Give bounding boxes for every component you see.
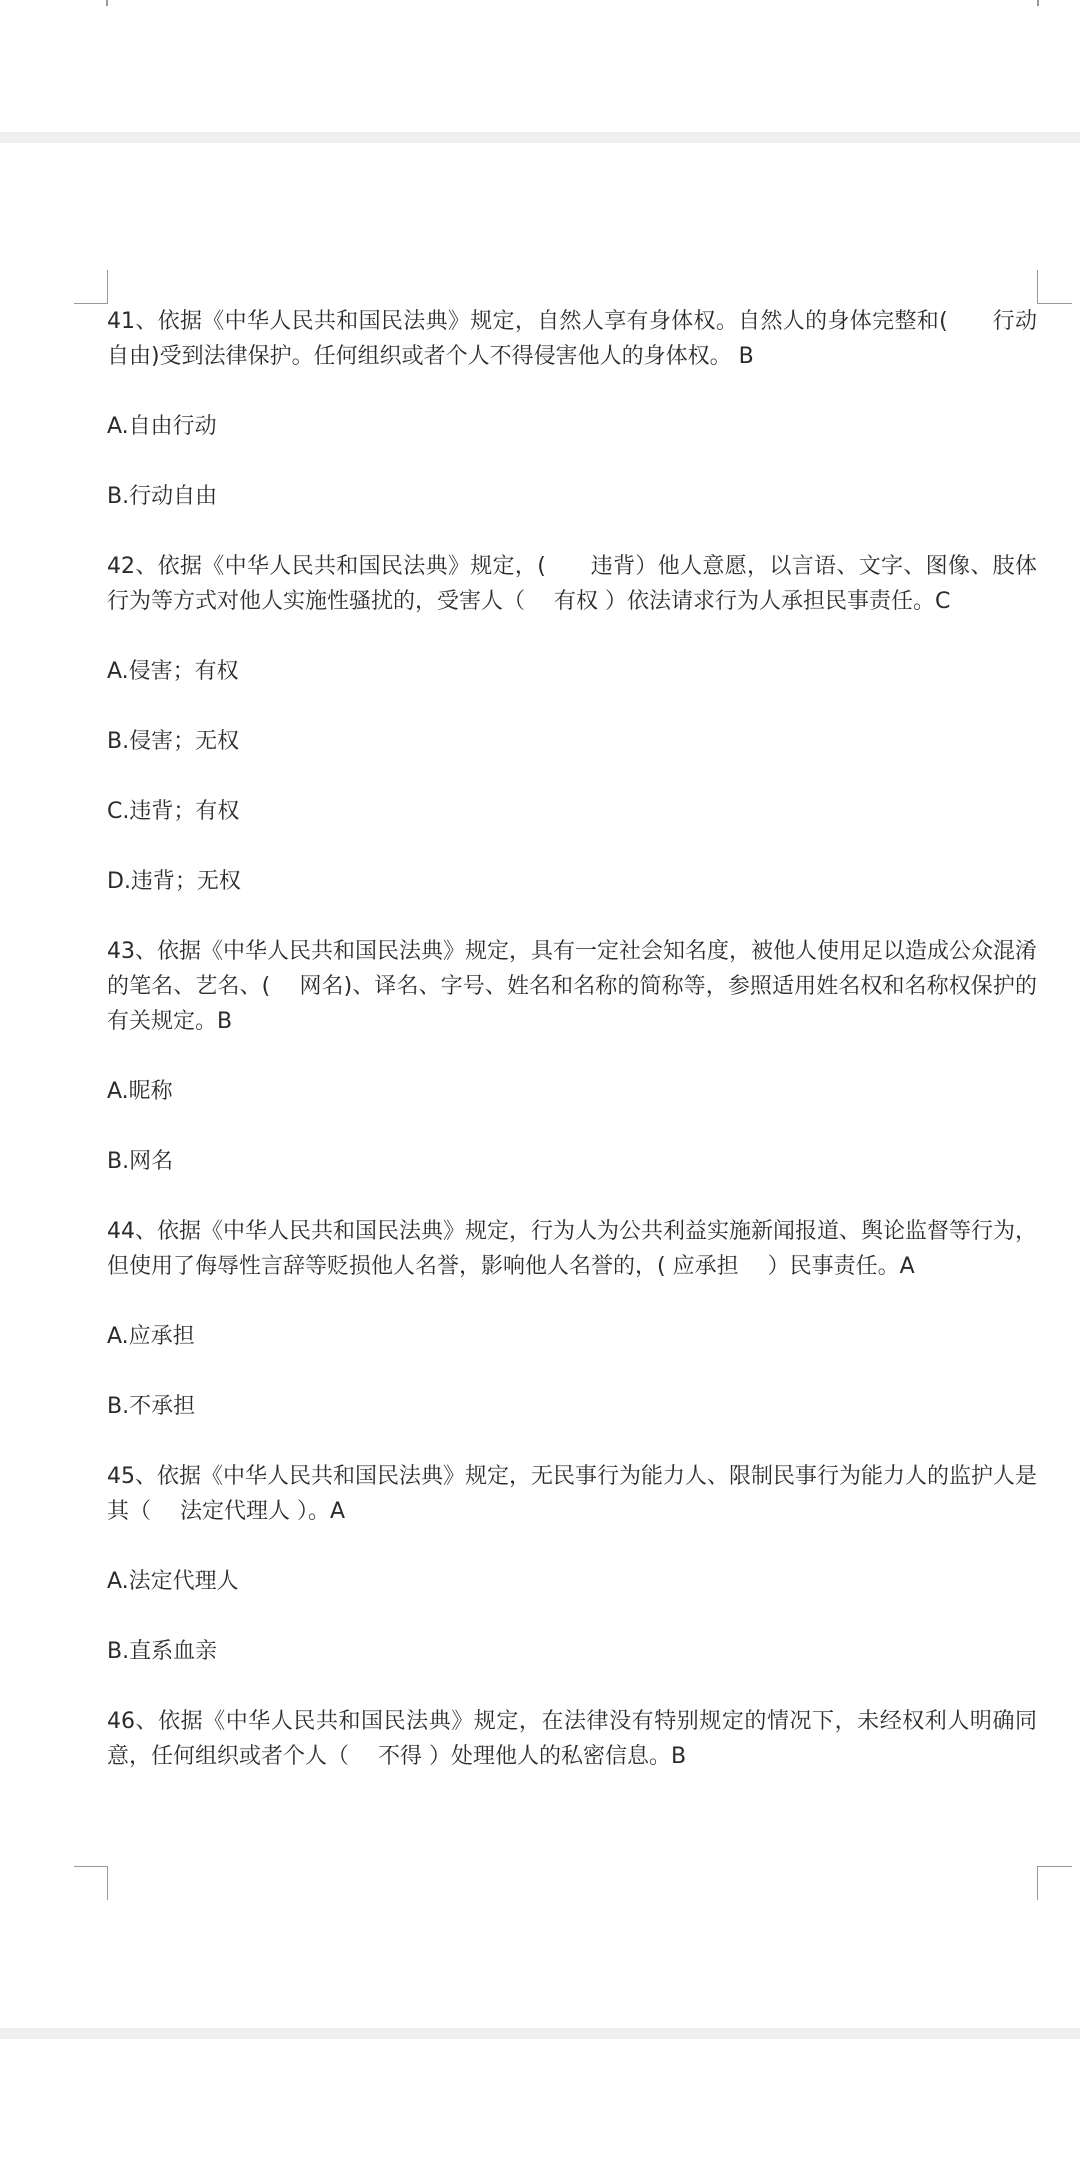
margin-corner-bottom-left [74,1866,108,1900]
option-43-b: B.网名 [107,1144,1037,1179]
question-46: 46、依据《中华人民共和国民法典》规定，在法律没有特别规定的情况下，未经权利人明… [107,1704,1037,1774]
option-45-a: A.法定代理人 [107,1564,1037,1599]
page-content: 41、依据《中华人民共和国民法典》规定，自然人享有身体权。自然人的身体完整和( … [107,304,1037,1809]
option-41-a: A.自由行动 [107,409,1037,444]
option-42-a: A.侵害；有权 [107,654,1037,689]
option-42-b: B.侵害；无权 [107,724,1037,759]
question-41: 41、依据《中华人民共和国民法典》规定，自然人享有身体权。自然人的身体完整和( … [107,304,1037,374]
question-42: 42、依据《中华人民共和国民法典》规定，( 违背）他人意愿，以言语、文字、图像、… [107,549,1037,619]
question-44: 44、依据《中华人民共和国民法典》规定，行为人为公共利益实施新闻报道、舆论监督等… [107,1214,1037,1284]
margin-mark-top-right [1037,0,1039,6]
margin-mark-top-left [106,0,108,6]
next-page [0,2039,1080,2160]
option-42-c: C.违背；有权 [107,794,1037,829]
margin-corner-top-left [74,270,108,304]
option-45-b: B.直系血亲 [107,1634,1037,1669]
question-43: 43、依据《中华人民共和国民法典》规定，具有一定社会知名度，被他人使用足以造成公… [107,934,1037,1039]
option-44-a: A.应承担 [107,1319,1037,1354]
option-43-a: A.昵称 [107,1074,1037,1109]
page-separator [0,2028,1080,2039]
margin-corner-bottom-right [1037,1866,1072,1900]
margin-corner-top-right [1037,270,1072,304]
option-42-d: D.违背；无权 [107,864,1037,899]
previous-page [0,0,1080,132]
document-page: 41、依据《中华人民共和国民法典》规定，自然人享有身体权。自然人的身体完整和( … [0,143,1080,2028]
page-separator [0,132,1080,143]
question-45: 45、依据《中华人民共和国民法典》规定，无民事行为能力人、限制民事行为能力人的监… [107,1459,1037,1529]
option-41-b: B.行动自由 [107,479,1037,514]
option-44-b: B.不承担 [107,1389,1037,1424]
